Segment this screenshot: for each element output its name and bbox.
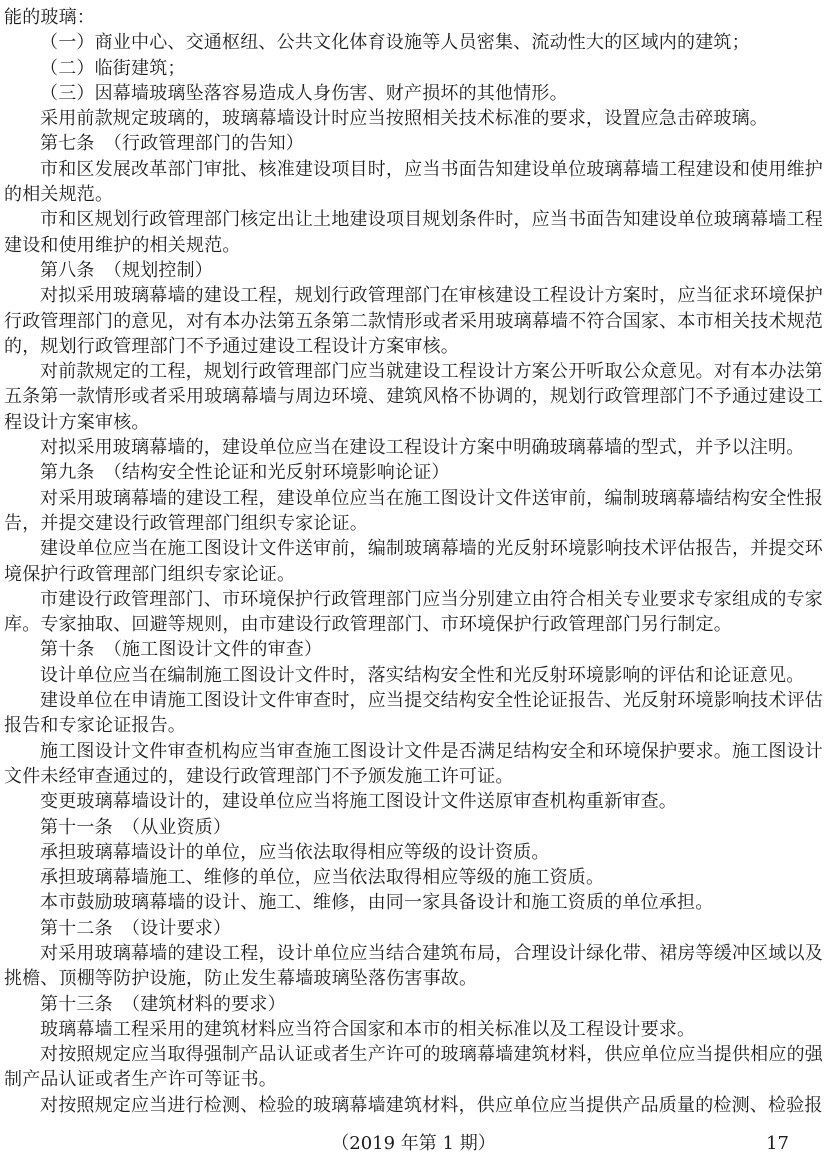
- journal-issue-label: （2019 年第 1 期）: [0, 1131, 827, 1157]
- paragraph: （二）临街建筑；: [4, 56, 823, 81]
- paragraph: 玻璃幕墙工程采用的建筑材料应当符合国家和本市的相关标准以及工程设计要求。: [4, 1017, 823, 1042]
- paragraph: 市和区规划行政管理部门核定出让土地建设项目规划条件时，应当书面告知建设单位玻璃幕…: [4, 207, 823, 258]
- paragraph: 市和区发展改革部门审批、核准建设项目时，应当书面告知建设单位玻璃幕墙工程建设和使…: [4, 157, 823, 208]
- paragraph: 对采用玻璃幕墙的建设工程，建设单位应当在施工图设计文件送审前，编制玻璃幕墙结构安…: [4, 486, 823, 537]
- paragraph: （一）商业中心、交通枢纽、公共文化体育设施等人员密集、流动性大的区域内的建筑；: [4, 30, 823, 55]
- paragraph: 对拟采用玻璃幕墙的，建设单位应当在建设工程设计方案中明确玻璃幕墙的型式，并予以注…: [4, 435, 823, 460]
- paragraph: 本市鼓励玻璃幕墙的设计、施工、维修，由同一家具备设计和施工资质的单位承担。: [4, 890, 823, 915]
- paragraph: （三）因幕墙玻璃坠落容易造成人身伤害、财产损坏的其他情形。: [4, 81, 823, 106]
- paragraph: 承担玻璃幕墙设计的单位，应当依法取得相应等级的设计资质。: [4, 840, 823, 865]
- paragraph: 建设单位在申请施工图设计文件审查时，应当提交结构安全性论证报告、光反射环境影响技…: [4, 688, 823, 739]
- paragraph: 建设单位应当在施工图设计文件送审前，编制玻璃幕墙的光反射环境影响技术评估报告，并…: [4, 536, 823, 587]
- article-heading: 第九条 （结构安全性论证和光反射环境影响论证）: [4, 460, 823, 485]
- paragraph: 对拟采用玻璃幕墙的建设工程，规划行政管理部门在审核建设工程设计方案时，应当征求环…: [4, 283, 823, 359]
- article-heading: 第十二条 （设计要求）: [4, 916, 823, 941]
- article-heading: 第八条 （规划控制）: [4, 258, 823, 283]
- article-heading: 第十条 （施工图设计文件的审查）: [4, 637, 823, 662]
- paragraph: 施工图设计文件审查机构应当审查施工图设计文件是否满足结构安全和环境保护要求。施工…: [4, 739, 823, 790]
- paragraph: 市建设行政管理部门、市环境保护行政管理部门应当分别建立由符合相关专业要求专家组成…: [4, 587, 823, 638]
- paragraph: 对按照规定应当取得强制产品认证或者生产许可的玻璃幕墙建筑材料，供应单位应当提供相…: [4, 1042, 823, 1093]
- document-page-body: 能的玻璃：（一）商业中心、交通枢纽、公共文化体育设施等人员密集、流动性大的区域内…: [4, 5, 823, 1118]
- paragraph: 对采用玻璃幕墙的建设工程，设计单位应当结合建筑布局，合理设计绿化带、裙房等缓冲区…: [4, 941, 823, 992]
- paragraph: 对按照规定应当进行检测、检验的玻璃幕墙建筑材料，供应单位应当提供产品质量的检测、…: [4, 1093, 823, 1118]
- page-number: 17: [766, 1131, 789, 1157]
- paragraph: 对前款规定的工程，规划行政管理部门应当就建设工程设计方案公开听取公众意见。对有本…: [4, 359, 823, 435]
- article-heading: 第十三条 （建筑材料的要求）: [4, 992, 823, 1017]
- page-footer: （2019 年第 1 期） 17: [0, 1131, 827, 1157]
- paragraph: 变更玻璃幕墙设计的，建设单位应当将施工图设计文件送原审查机构重新审查。: [4, 789, 823, 814]
- paragraph: 采用前款规定玻璃的，玻璃幕墙设计时应当按照相关技术标准的要求，设置应急击碎玻璃。: [4, 106, 823, 131]
- paragraph: 能的玻璃：: [4, 5, 823, 30]
- article-heading: 第七条 （行政管理部门的告知）: [4, 131, 823, 156]
- paragraph: 承担玻璃幕墙施工、维修的单位，应当依法取得相应等级的施工资质。: [4, 865, 823, 890]
- paragraph: 设计单位应当在编制施工图设计文件时，落实结构安全性和光反射环境影响的评估和论证意…: [4, 663, 823, 688]
- article-heading: 第十一条 （从业资质）: [4, 815, 823, 840]
